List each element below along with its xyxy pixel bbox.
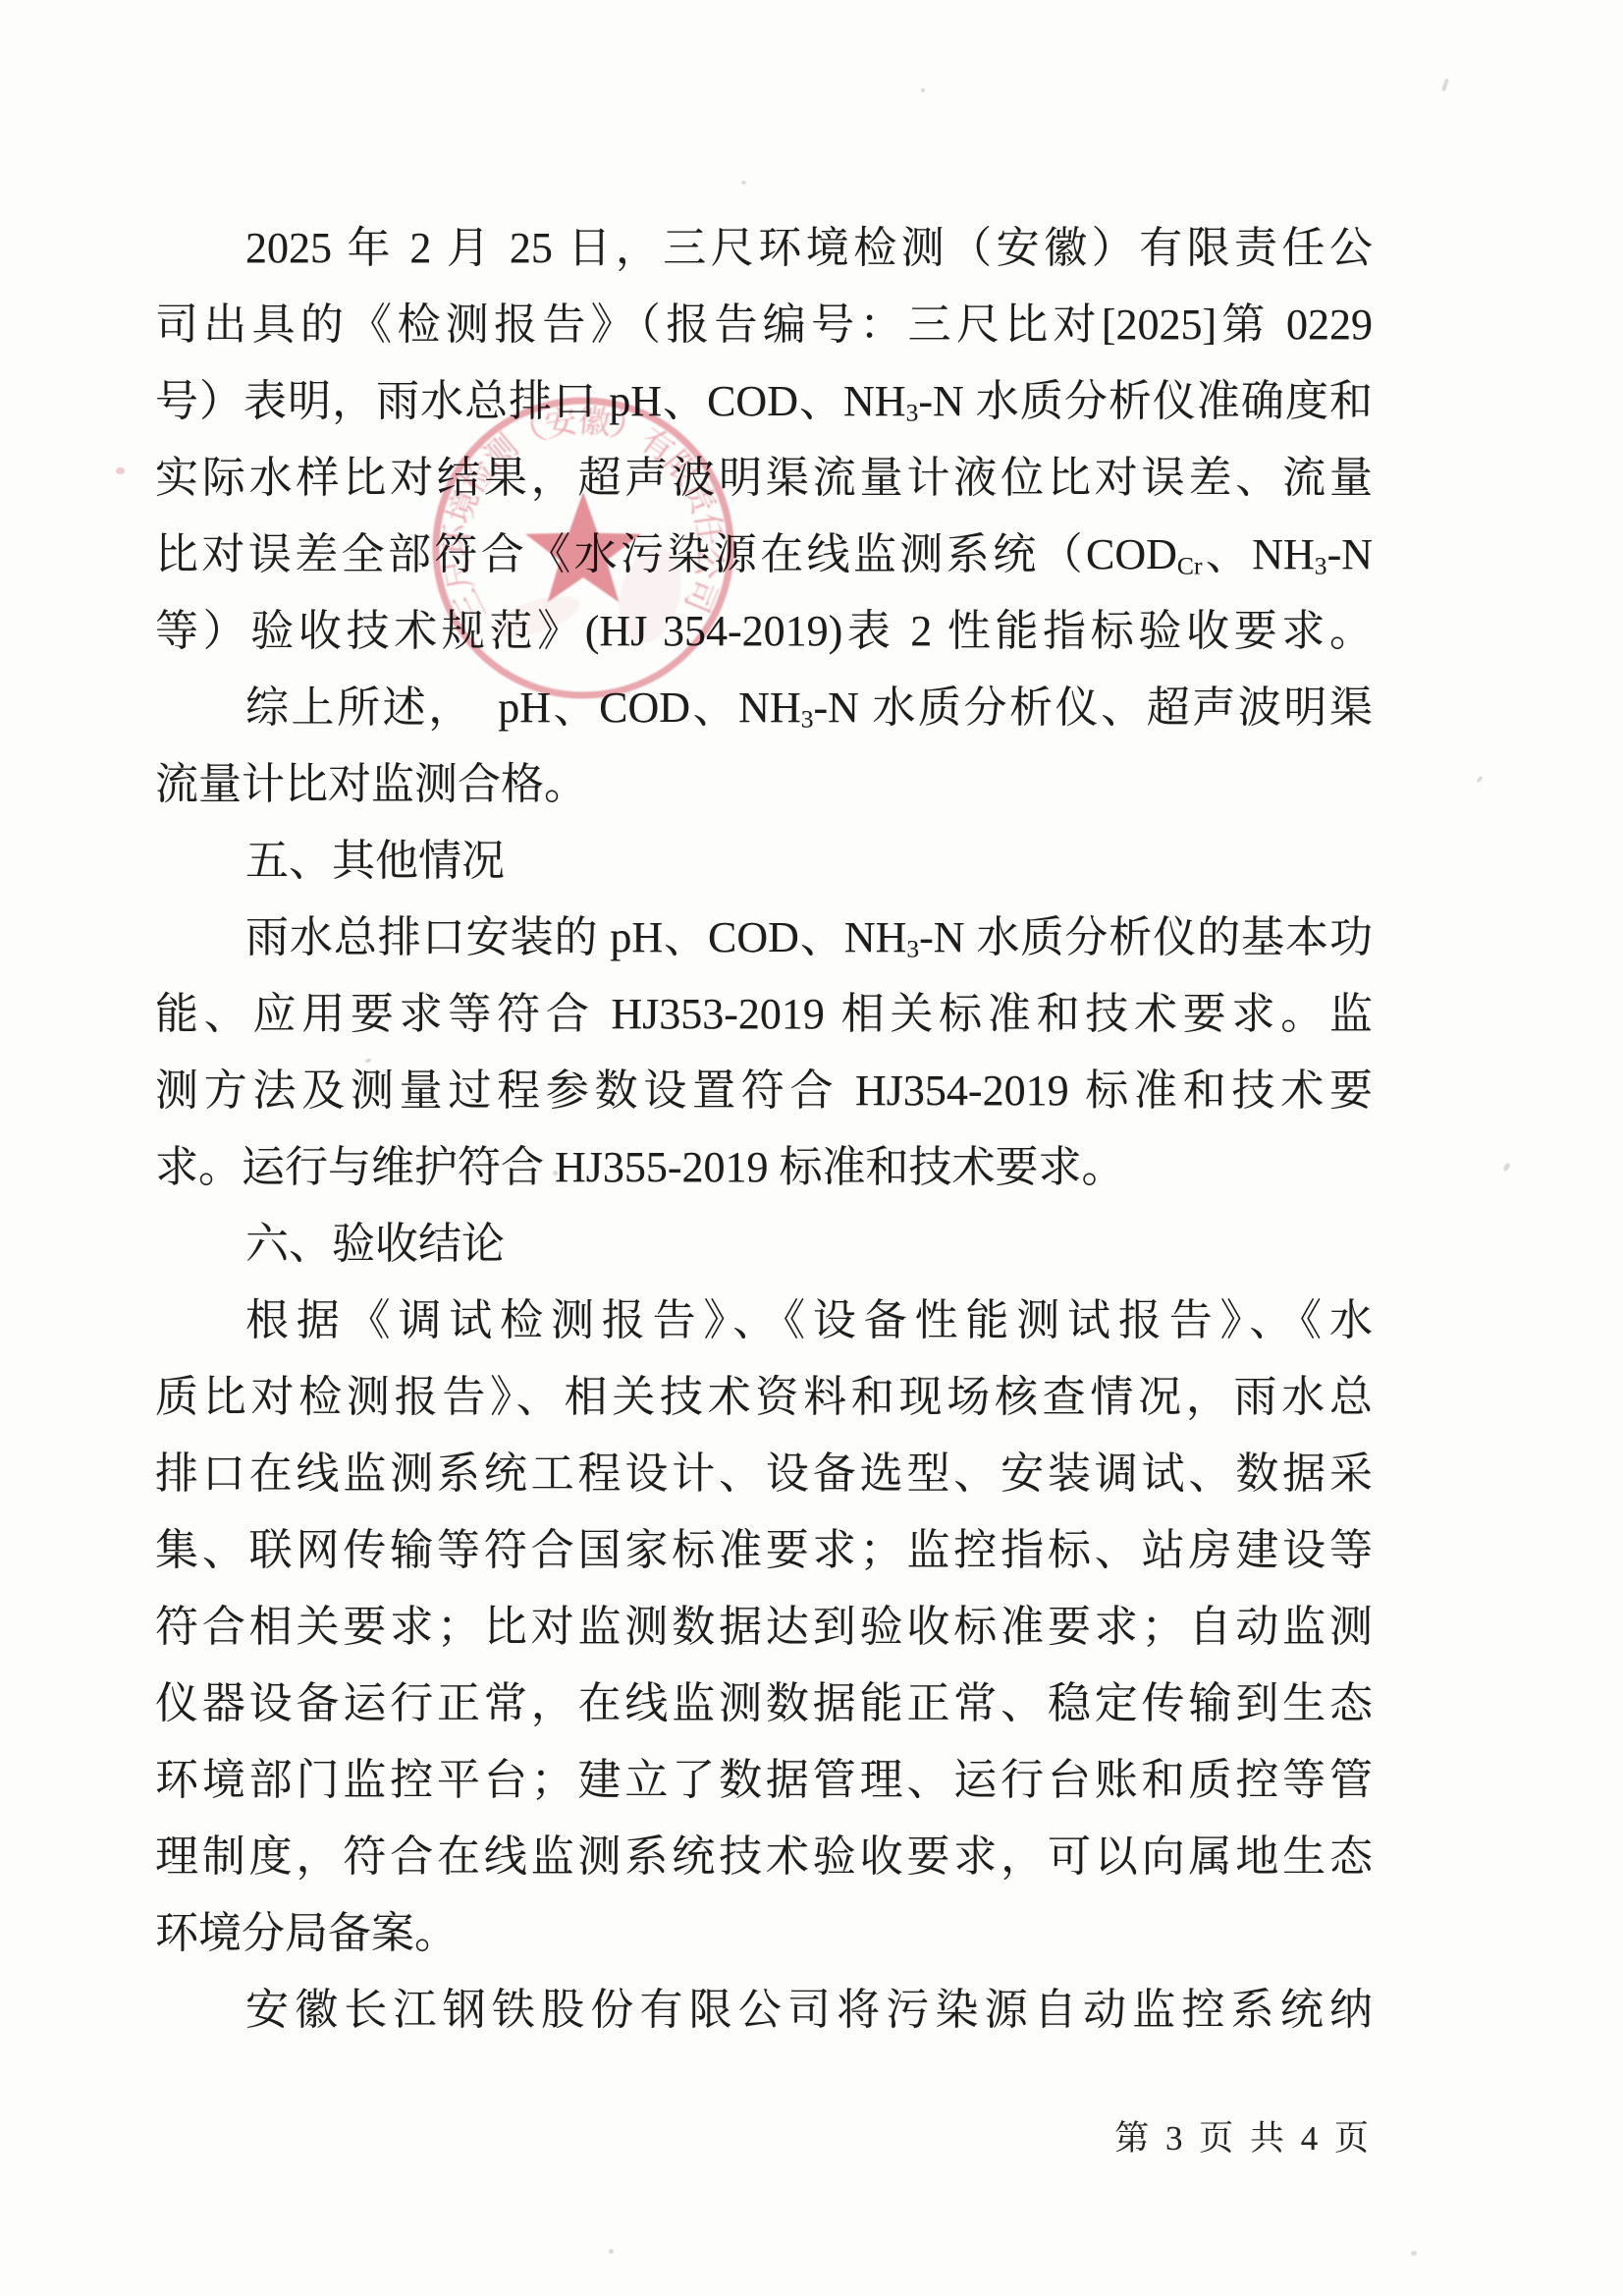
- text-line: 流量计比对监测合格。: [155, 746, 1373, 823]
- text-line: 能、应用要求等符合 HJ353-2019 相关标准和技术要求。监: [155, 976, 1373, 1053]
- text-line: 综上所述， pH、COD、NH3-N 水质分析仪、超声波明渠: [155, 670, 1373, 746]
- scan-speck: [116, 467, 125, 474]
- scan-speck: [1411, 2251, 1417, 2256]
- scan-speck: [741, 181, 746, 185]
- text-line: 环境部门监控平台；建立了数据管理、运行台账和质控等管: [155, 1742, 1373, 1819]
- text-line: 质比对检测报告》、相关技术资料和现场核查情况，雨水总: [155, 1359, 1373, 1436]
- text-line: 比对误差全部符合《水污染源在线监测系统（CODCr、NH3-N: [155, 517, 1373, 593]
- text-line: 符合相关要求；比对监测数据达到验收标准要求；自动监测: [155, 1589, 1373, 1666]
- scan-speck: [609, 2249, 614, 2254]
- text-line: 测方法及测量过程参数设置符合 HJ354-2019 标准和技术要: [155, 1053, 1373, 1129]
- text-line: 求。运行与维护符合 HJ355-2019 标准和技术要求。: [155, 1129, 1373, 1206]
- text-line: 排口在线监测系统工程设计、设备选型、安装调试、数据采: [155, 1436, 1373, 1512]
- text-line: 等）验收技术规范》(HJ 354-2019)表 2 性能指标验收要求。: [155, 593, 1373, 670]
- text-line: 司出具的《检测报告》（报告编号：三尺比对[2025]第 0229: [155, 287, 1373, 363]
- text-line: 安徽长江钢铁股份有限公司将污染源自动监控系统纳: [155, 1972, 1373, 2049]
- text-line: 实际水样比对结果，超声波明渠流量计液位比对误差、流量: [155, 440, 1373, 517]
- scan-speck: [1476, 776, 1484, 784]
- page-number-footer: 第 3 页 共 4 页: [1114, 2111, 1373, 2160]
- text-line: 雨水总排口安装的 pH、COD、NH3-N 水质分析仪的基本功: [155, 900, 1373, 976]
- text-line: 2025 年 2 月 25 日，三尺环境检测（安徽）有限责任公: [155, 210, 1373, 287]
- text-line: 环境分局备案。: [155, 1895, 1373, 1972]
- scanned-document-page: 2025 年 2 月 25 日，三尺环境检测（安徽）有限责任公司出具的《检测报告…: [0, 0, 1623, 2296]
- text-line: 六、验收结论: [155, 1206, 1373, 1283]
- text-line: 号）表明，雨水总排口 pH、COD、NH3-N 水质分析仪准确度和: [155, 363, 1373, 440]
- text-line: 集、联网传输等符合国家标准要求；监控指标、站房建设等: [155, 1512, 1373, 1589]
- text-line: 理制度，符合在线监测系统技术验收要求，可以向属地生态: [155, 1819, 1373, 1895]
- scan-speck: [1502, 1162, 1511, 1172]
- text-line: 仪器设备运行正常，在线监测数据能正常、稳定传输到生态: [155, 1666, 1373, 1742]
- document-body-text: 2025 年 2 月 25 日，三尺环境检测（安徽）有限责任公司出具的《检测报告…: [155, 210, 1373, 2049]
- scan-speck: [921, 88, 925, 92]
- scan-speck: [1441, 79, 1449, 92]
- text-line: 五、其他情况: [155, 823, 1373, 900]
- text-line: 根据《调试检测报告》、《设备性能测试报告》、《水: [155, 1283, 1373, 1359]
